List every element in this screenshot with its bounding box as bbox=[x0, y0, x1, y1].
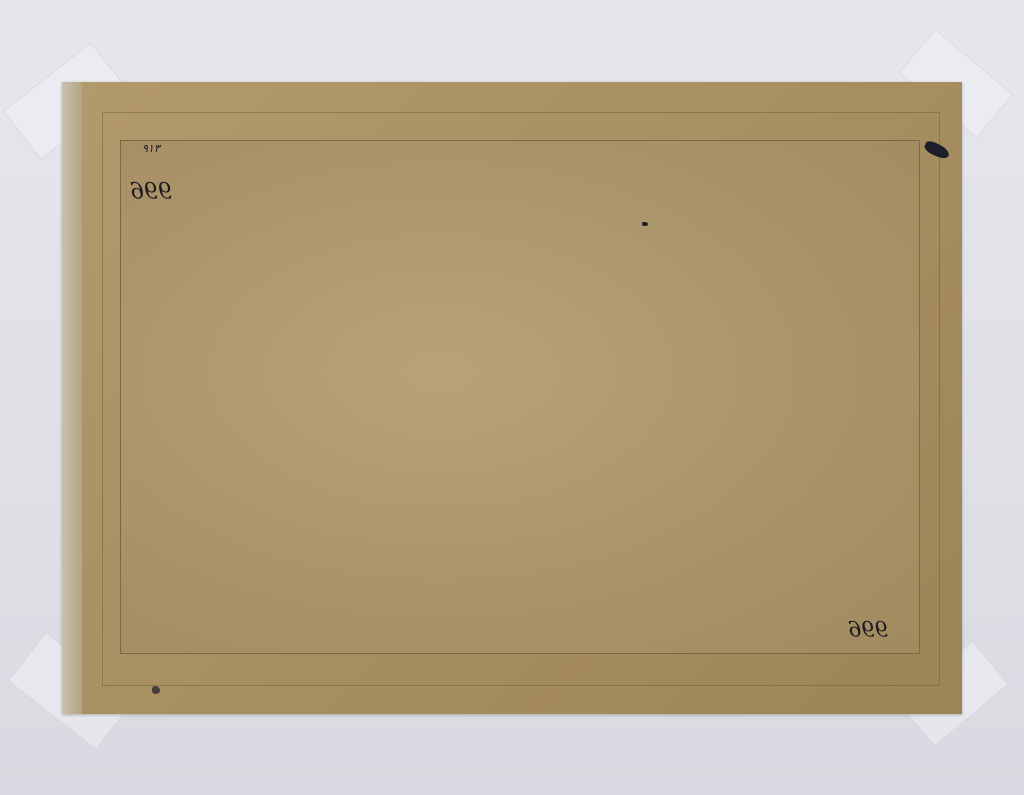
ink-smudge bbox=[152, 686, 160, 694]
left-edge-strip bbox=[62, 82, 82, 714]
ink-speck bbox=[642, 222, 648, 226]
number-inscription-top-left: 966 bbox=[130, 176, 172, 201]
small-inscription: ٩١٣ bbox=[142, 142, 160, 155]
number-inscription-bottom-right: 966 bbox=[848, 616, 888, 640]
paper-board: ٩١٣ 966 966 bbox=[62, 82, 962, 714]
inner-panel bbox=[120, 140, 920, 654]
